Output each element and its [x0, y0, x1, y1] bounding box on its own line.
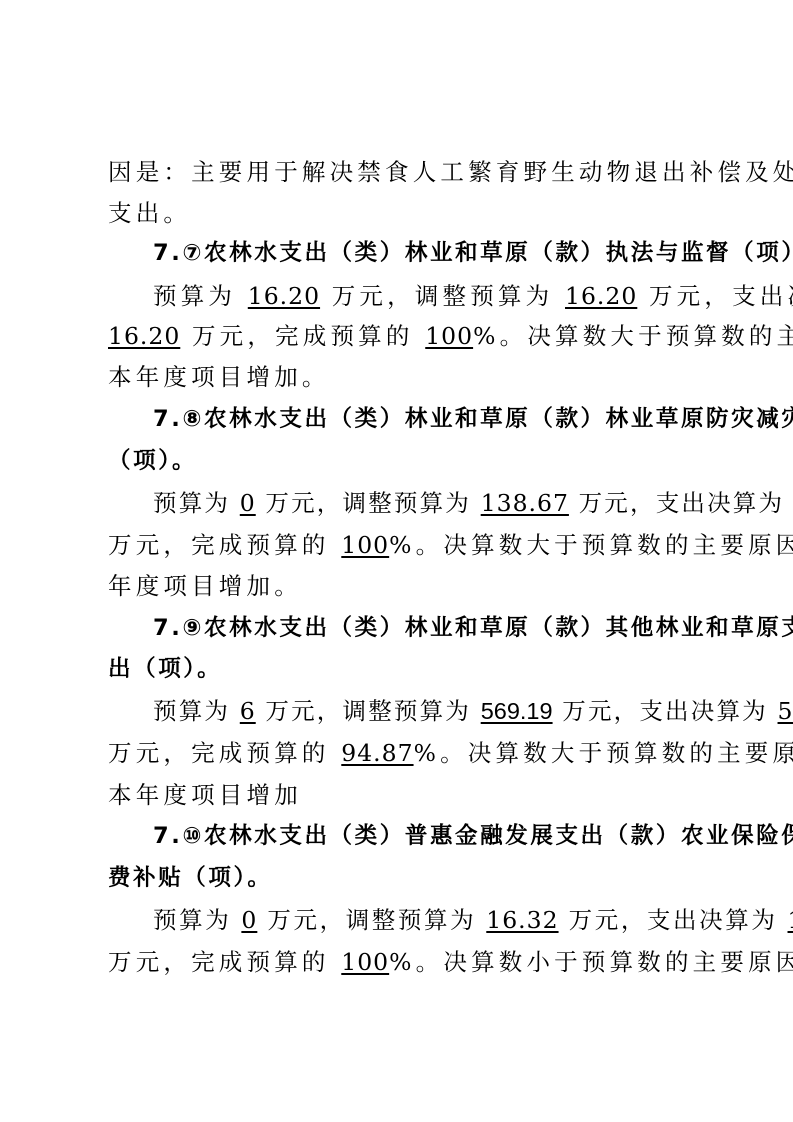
- completion-rate-value: 100: [425, 322, 473, 350]
- section-heading-7-9-cont: 出（项）。: [108, 653, 692, 685]
- section-heading-7-9: 7.⑨农林水支出（类）林业和草原（款）其他林业和草原支: [153, 612, 692, 644]
- text: 万元，支出决算为: [553, 697, 778, 725]
- budget-value: 16.20: [248, 282, 320, 310]
- adjusted-budget-value: 569.19: [481, 698, 553, 724]
- text: 预算为: [153, 906, 241, 934]
- text: 万元，调整预算为: [256, 697, 481, 725]
- body-line: 支出。: [108, 197, 692, 229]
- text: 万元，完成预算的: [108, 531, 341, 559]
- text: 预算为: [153, 697, 240, 725]
- text: %。决算数小于预算数的主要原因是：本: [389, 948, 793, 976]
- body-line: 本年度项目增加。: [108, 361, 692, 393]
- section-heading-7-8: 7.⑧农林水支出（类）林业和草原（款）林业草原防灾减灾: [153, 403, 692, 435]
- text: 万元，调整预算为: [256, 489, 481, 517]
- section-heading-7-7: 7.⑦农林水支出（类）林业和草原（款）执法与监督（项）。: [153, 237, 692, 269]
- text: 预算为: [153, 489, 240, 517]
- body-line: 万元，完成预算的 94.87%。决算数大于预算数的主要原因是：: [108, 737, 692, 769]
- body-line: 预算为 16.20 万元，调整预算为 16.20 万元，支出决算为: [153, 280, 692, 312]
- adjusted-budget-value: 16.20: [565, 282, 637, 310]
- text: 万元，调整预算为: [320, 282, 565, 310]
- body-line: 万元，完成预算的 100%。决算数大于预算数的主要原因是：本: [108, 529, 692, 561]
- final-expenditure-value: 16.32: [788, 906, 793, 934]
- budget-value: 0: [241, 906, 257, 934]
- body-line: 预算为 0 万元，调整预算为 138.67 万元，支出决算为 138.67: [153, 487, 692, 519]
- section-heading-7-8-cont: （项）。: [108, 445, 692, 477]
- section-heading-7-10-cont: 费补贴（项）。: [108, 862, 692, 894]
- text: 万元，支出决算为: [559, 906, 788, 934]
- body-line: 年度项目增加。: [108, 570, 692, 602]
- text: 万元，完成预算的: [108, 948, 341, 976]
- final-expenditure-value: 569.19: [778, 697, 793, 725]
- adjusted-budget-value: 16.32: [486, 906, 558, 934]
- text: 万元，完成预算的: [180, 322, 425, 350]
- text: 万元，支出决算为: [569, 489, 793, 517]
- final-expenditure-value: 16.20: [108, 322, 180, 350]
- text: %。决算数大于预算数的主要原因是：: [473, 322, 793, 350]
- budget-value: 6: [240, 697, 256, 725]
- text: %。决算数大于预算数的主要原因是：本: [389, 531, 793, 559]
- text: %。决算数大于预算数的主要原因是：: [414, 739, 793, 767]
- text: 万元，支出决算为: [637, 282, 793, 310]
- body-line: 预算为 0 万元，调整预算为 16.32 万元，支出决算为 16.32: [153, 904, 692, 936]
- body-line: 本年度项目增加: [108, 779, 692, 811]
- completion-rate-value: 94.87: [341, 739, 413, 767]
- completion-rate-value: 100: [341, 531, 389, 559]
- text: 预算为: [153, 282, 248, 310]
- body-line: 万元，完成预算的 100%。决算数小于预算数的主要原因是：本: [108, 946, 692, 978]
- body-line: 预算为 6 万元，调整预算为 569.19 万元，支出决算为 569.19: [153, 695, 692, 727]
- body-line: 因是：主要用于解决禁食人工繁育野生动物退出补偿及处置增加: [108, 156, 692, 188]
- completion-rate-value: 100: [341, 948, 389, 976]
- section-heading-7-10: 7.⑩农林水支出（类）普惠金融发展支出（款）农业保险保: [153, 820, 692, 852]
- adjusted-budget-value: 138.67: [481, 489, 569, 517]
- body-line: 16.20 万元，完成预算的 100%。决算数大于预算数的主要原因是：: [108, 320, 692, 352]
- text: 万元，调整预算为: [257, 906, 486, 934]
- text: 万元，完成预算的: [108, 739, 341, 767]
- budget-value: 0: [240, 489, 256, 517]
